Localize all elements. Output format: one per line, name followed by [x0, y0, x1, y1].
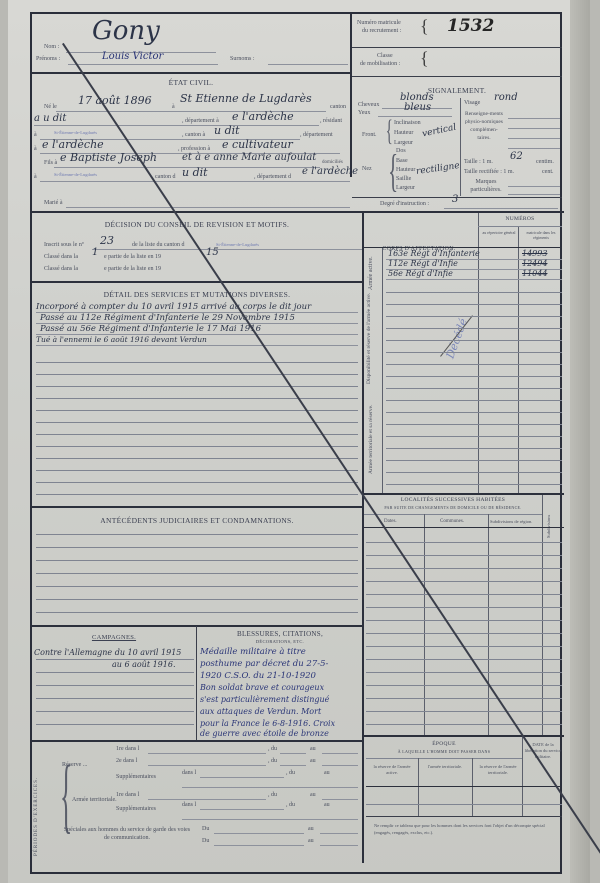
service-line: Tué à l'ennemi le 6 août 1916 devant Ver…: [36, 335, 358, 346]
decision-title: DÉCISION DU CONSEIL DE REVISION ET MOTIF…: [32, 220, 362, 229]
brace-icon: {: [420, 16, 429, 37]
liste-canton-label: de la liste du canton d: [132, 242, 185, 248]
au-label: au: [308, 826, 314, 832]
front-value: vertical: [421, 123, 457, 140]
services-title: DÉTAIL DES SERVICES ET MUTATIONS DIVERSE…: [32, 290, 362, 299]
antecedents-title: ANTÉCÉDENTS JUDICIAIRES ET CONDAMNATIONS…: [32, 516, 362, 525]
du-label: , du: [268, 758, 277, 764]
departement3-label: , département d: [254, 174, 291, 180]
disponibilite-label: Disponibilité et réserve de l'armée acti…: [366, 293, 372, 384]
identity-header: Nom : Gony Prénoms : Louis Victor Surnom…: [32, 14, 350, 64]
col-communes: Communes.: [440, 519, 464, 524]
taille-label: Taille : 1 m.: [464, 159, 493, 165]
prenoms-value: Louis Victor: [102, 51, 163, 62]
etat-civil-title: ÉTAT CIVIL.: [32, 78, 350, 87]
canton3-label: , canton d: [152, 174, 176, 180]
au-label: au: [308, 838, 314, 844]
numero-label-2: du recrutement :: [362, 28, 401, 34]
speciales-row-2: Du: [202, 838, 209, 844]
au-label: au: [310, 746, 316, 752]
corps-value: 163e Régt d'Infanterie: [388, 249, 480, 258]
nez-largeur: Largeur: [396, 185, 415, 191]
ne-le-label: Né le: [44, 104, 57, 110]
departement2-value: e l'ardèche: [42, 138, 104, 151]
liste-canton-stamp: St-Étienne-de-Lugdarès: [216, 242, 259, 247]
citation-line: Bon soldat brave et courageux: [200, 683, 360, 695]
supplementaires-label: Supplémentaires: [116, 774, 156, 780]
col-matricule: matricule dans les régiments: [520, 230, 562, 240]
nez-label: Nez: [362, 166, 372, 172]
citation-line: de guerre avec étoile de bronze: [200, 729, 360, 739]
paper-sheet: Nom : Gony Prénoms : Louis Victor Surnom…: [8, 0, 590, 883]
nez-base: Base: [396, 158, 408, 164]
numeros-header: NUMÉROS: [478, 216, 562, 222]
mere-value: et à e anne Marie aufoulat: [182, 152, 316, 163]
territoriale-label: Armée territoriale et sa réserve.: [368, 405, 374, 474]
marques-label: Marques particulières.: [468, 178, 504, 194]
du-label: , du: [286, 802, 295, 808]
speciales-label: Spéciales aux hommes du service de garde…: [62, 826, 192, 842]
armee-active-label: Armée active.: [368, 256, 374, 290]
lieu-naissance: St Etienne de Lugdarès: [180, 92, 312, 105]
supp-row: dans l: [182, 770, 196, 776]
surnoms-label: Surnoms :: [230, 56, 255, 62]
du-label: , du: [268, 746, 277, 752]
col-repertoire: au répertoire général: [480, 230, 518, 235]
cheveux-label: Cheveux: [358, 102, 379, 108]
numero-matricule-box: Numéro matricule du recrutement : { 1532: [352, 14, 562, 46]
numero-label-1: Numéro matricule: [357, 20, 401, 26]
armee-territoriale-label: Armée territoriale.: [72, 796, 117, 804]
corps-value: 112e Régt d'Infie: [388, 259, 458, 268]
nom-value: Gony: [92, 16, 160, 46]
canton3-value: u dit: [182, 166, 208, 179]
profession-value: e cultivateur: [222, 138, 293, 151]
nez-value: rectiligne: [416, 161, 461, 177]
signalement-title: SIGNALEMENT.: [352, 86, 562, 95]
localites-subtitle: PAR SUITE DE CHANGEMENTS DE DOMICILE OU …: [364, 505, 542, 510]
campagnes-title: CAMPAGNES.: [32, 634, 196, 641]
classe-mobilisation-box: Classe de mobilisation : {: [352, 48, 562, 76]
service-line: Passé au 56e Régiment d'Infanterie le 17…: [36, 324, 358, 335]
epoque-col-1: la réserve de l'armée active.: [368, 764, 416, 776]
classe2-label-b: e partie de la liste en 19: [104, 266, 161, 272]
taille-value: 62: [510, 151, 523, 162]
military-register-form: Nom : Gony Prénoms : Louis Victor Surnom…: [30, 12, 562, 874]
supp-row-2: dans l: [182, 802, 196, 808]
domicile-stamp: St-Étienne-de-Lugdarès: [54, 172, 97, 177]
epoque-title: ÉPOQUE: [366, 741, 522, 747]
classe-label-2: de mobilisation :: [360, 61, 400, 67]
citation-line: Médaille militaire à titre: [200, 647, 360, 659]
visage-value: rond: [494, 92, 518, 103]
localites-title: LOCALITÉS SUCCESSIVES HABITÉES: [364, 497, 542, 503]
citation-line: posthume par décret du 27-5-: [200, 659, 360, 671]
au-label: au: [310, 792, 316, 798]
numero-value: 12494: [522, 259, 547, 268]
classe1-year: 15: [206, 247, 219, 258]
citation-line: s'est particulièrement distingué: [200, 695, 360, 707]
main-column-divider: [362, 211, 364, 863]
reserve-label: Réserve ...: [62, 762, 87, 768]
nez-saillie: Saillie: [396, 176, 411, 182]
yeux-label: Yeux: [358, 110, 370, 116]
affectation-rows: 163e Régt d'Infanterie 14993 112e Régt d…: [386, 250, 562, 280]
citation-line: pour la France le 6-8-1916. Croix: [200, 719, 360, 729]
du-label: , du: [268, 792, 277, 798]
nez-hauteur: Hauteur: [396, 167, 415, 173]
renseignements-label: Renseigne-ments physio-nomiques compléme…: [464, 110, 504, 142]
classe1-label: Classé dans la: [44, 254, 78, 260]
inscrit-label: Inscrit sous le nº: [44, 242, 84, 248]
a-label: à: [172, 104, 175, 110]
reserve-row-2: 2e dans l: [116, 758, 137, 764]
blessures-entries: Médaille militaire à titre posthume par …: [200, 647, 360, 739]
numero-value: 14993: [522, 249, 547, 258]
inscrit-value: 23: [100, 234, 114, 247]
canton2-label: , canton à: [182, 132, 205, 138]
au-label: au: [324, 802, 330, 808]
classe-label-1: Classe: [377, 53, 393, 59]
affectation-row: 56e Régt d'Infie 11044: [386, 270, 562, 280]
classe1-value: 1: [92, 247, 98, 258]
nom-label: Nom :: [44, 44, 59, 50]
prenoms-label: Prénoms :: [36, 56, 60, 62]
domicile-a-label: à: [34, 174, 37, 180]
blessures-title: BLESSURES, CITATIONS,: [198, 630, 362, 638]
col-subdivisions: Subdivisions de région.: [490, 519, 532, 524]
supplementaires-label-2: Supplémentaires: [116, 806, 156, 812]
citation-line: 1920 C.S.O. du 21-10-1920: [200, 671, 360, 683]
taille-unit: centim.: [536, 159, 554, 165]
service-line: Passé au 112e Régiment d'Infanterie le 2…: [36, 313, 358, 324]
blessures-subtitle: DÉCORATIONS, ETC.: [198, 639, 362, 644]
front-hauteur: Hauteur: [394, 130, 413, 136]
campagne-line: Contre l'Allemagne du 10 avril 1915: [34, 648, 181, 657]
classe2-label: Classé dans la: [44, 266, 78, 272]
nez-dos: Dos: [396, 148, 406, 154]
degre-instruction-value: 3: [452, 194, 458, 205]
front-label: Front.: [362, 132, 377, 138]
canton-label: canton: [330, 104, 346, 110]
citation-line: aux attaques de Verdun. Mort: [200, 707, 360, 719]
services-entries: Incorporé à compter du 10 avril 1915 arr…: [36, 302, 358, 346]
taille-rectifiee-unit: cent.: [542, 169, 554, 175]
epoque-note: Ne remplir ce tableau que pour les homme…: [374, 822, 554, 836]
residence-stamp: St-Étienne-de-Lugdarès: [54, 130, 97, 135]
brace-icon: {: [386, 114, 393, 148]
numero-value: 1532: [447, 16, 494, 36]
residant-label: , résidant: [320, 118, 342, 124]
marie-label: Marié à: [44, 200, 63, 206]
corps-value: 56e Régt d'Infie: [388, 269, 453, 278]
yeux-value: bleus: [404, 102, 431, 113]
reserve-row-1: 1re dans l: [116, 746, 139, 752]
brace-icon: {: [420, 48, 429, 69]
fils-label: Fils à: [44, 160, 57, 166]
epoque-subtitle: À LAQUELLE L'HOMME DOIT PASSER DANS: [366, 749, 522, 754]
front-inclinaison: Inclinaison: [394, 120, 421, 126]
au-label: au: [324, 770, 330, 776]
departement-value: e l'ardèche: [232, 110, 294, 123]
taille-rectifiee-label: Taille rectifiée : 1 m.: [464, 169, 514, 175]
speciales-row-1: Du: [202, 826, 209, 832]
residant-a-label: à: [34, 132, 37, 138]
paper-edge: [570, 0, 590, 883]
departement2-label: , département: [300, 132, 333, 138]
departement2-prefix: à: [34, 146, 37, 152]
du-label: , du: [286, 770, 295, 776]
epoque-col-3: la réserve de l'armée territoriale.: [474, 764, 522, 776]
ne-le-value: 17 août 1896: [78, 94, 152, 107]
departement3-value: e l'ardèche: [302, 166, 358, 177]
canton-value: a u dit: [34, 113, 66, 124]
service-line: Incorporé à compter du 10 avril 1915 arr…: [36, 302, 358, 313]
territoriale-row-1: 1re dans l: [116, 792, 139, 798]
col-dates: Dates.: [384, 519, 397, 524]
periodes-side-label: PÉRIODES D'EXERCICES.: [34, 777, 39, 856]
domicilies-label: domiciliés: [322, 160, 343, 165]
epoque-col-2: l'armée territoriale.: [420, 764, 470, 770]
classe1-label-b: e partie de la liste en 19: [104, 254, 161, 260]
degre-instruction-label: Degré d'instruction :: [380, 201, 429, 207]
numero-value: 11044: [522, 269, 547, 278]
visage-label: Visage: [464, 100, 480, 106]
canton2-value: u dit: [214, 124, 240, 137]
au-label: au: [310, 758, 316, 764]
campagne-line: au 6 août 1916.: [112, 660, 176, 669]
